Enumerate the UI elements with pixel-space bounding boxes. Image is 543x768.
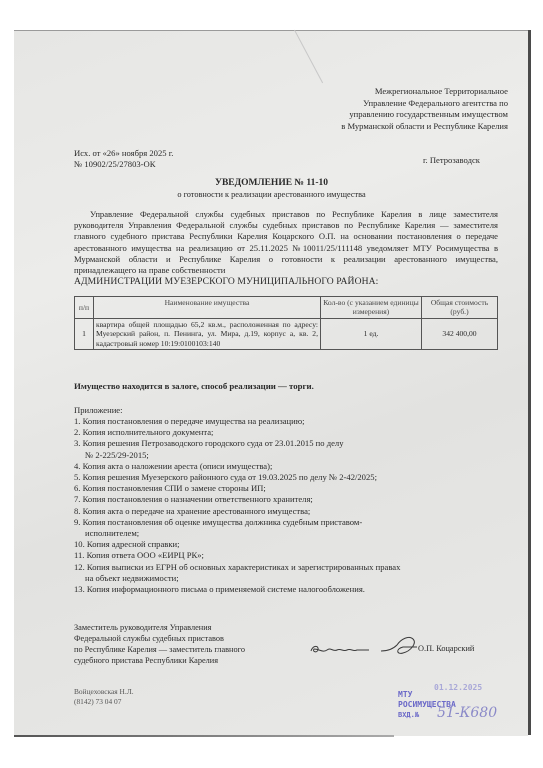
addressee-line: Управление Федерального агентства по (290, 98, 508, 110)
stamp-handwritten-number: 51-К680 (437, 705, 497, 721)
list-item: 12. Копия выписки из ЕГРН об основных ха… (74, 562, 400, 584)
attachment-text: 9. Копия постановления об оценке имущест… (74, 517, 362, 527)
list-item: 9. Копия постановления об оценке имущест… (74, 517, 400, 539)
attachment-continuation: на объект недвижимости; (74, 573, 400, 584)
attachment-text: 6. Копия постановления СПИ о замене стор… (74, 483, 266, 493)
header-cost: Общая стоимость (руб.) (422, 297, 498, 319)
notice-subtitle: о готовности к реализации арестованного … (0, 190, 543, 199)
list-item: 13. Копия информационного письма о приме… (74, 584, 400, 595)
executor-name: Войцеховская Н.Л. (74, 687, 134, 697)
outgoing-reference: Исх. от «26» ноября 2025 г. № 10902/25/2… (74, 148, 173, 170)
list-item: 1. Копия постановления о передаче имущес… (74, 416, 400, 427)
attachment-text: 5. Копия решения Муезерского районного с… (74, 472, 377, 482)
list-item: 10. Копия адресной справки; (74, 539, 400, 550)
position-line: судебного пристава Республики Карелия (74, 655, 245, 666)
table-row: 1 квартира общей площадью 65,2 кв.м., ра… (75, 318, 498, 349)
attachments-list: 1. Копия постановления о передаче имущес… (74, 416, 400, 595)
attachment-continuation: исполнителем; (74, 528, 400, 539)
stamp-line-1: МТУ (398, 690, 412, 699)
attachment-text: 4. Копия акта о наложении ареста (описи … (74, 461, 272, 471)
attachment-text: 1. Копия постановления о передаче имущес… (74, 416, 305, 426)
notice-title: УВЕДОМЛЕНИЕ № 11-10 (0, 178, 543, 188)
list-item: 8. Копия акта о передаче на хранение аре… (74, 506, 400, 517)
addressee-line: в Мурманской области и Республике Карели… (290, 121, 508, 133)
list-item: 2. Копия исполнительного документа; (74, 427, 400, 438)
cell-cost: 342 400,00 (422, 318, 498, 349)
attachment-text: 2. Копия исполнительного документа; (74, 427, 213, 437)
signatory-position: Заместитель руководителя Управления Феде… (74, 622, 245, 666)
property-owner: АДМИНИСТРАЦИИ МУЕЗЕРСКОГО МУНИЦИПАЛЬНОГО… (74, 276, 378, 287)
position-line: Заместитель руководителя Управления (74, 622, 245, 633)
executor-block: Войцеховская Н.Л. (8142) 73 04 07 (74, 687, 134, 707)
property-table: п/п Наименование имущества Кол-во (с ука… (74, 296, 498, 350)
attachment-text: 13. Копия информационного письма о приме… (74, 584, 365, 594)
executor-phone: (8142) 73 04 07 (74, 697, 134, 707)
cell-name: квартира общей площадью 65,2 кв.м., расп… (94, 318, 321, 349)
stamp-line-3: ВХД.№ (398, 711, 419, 719)
handwritten-signature-icon (309, 633, 421, 659)
cell-quantity: 1 ед. (321, 318, 422, 349)
attachment-text: 3. Копия решения Петрозаводского городск… (74, 438, 344, 448)
attachments-title: Приложение: (74, 405, 123, 415)
notice-body: Управление Федеральной службы судебных п… (74, 209, 498, 276)
header-number: п/п (75, 297, 94, 319)
header-name: Наименование имущества (94, 297, 321, 319)
attachment-text: 7. Копия постановления о назначении отве… (74, 494, 313, 504)
addressee-line: Межрегиональное Территориальное (290, 86, 508, 98)
attachment-text: 8. Копия акта о передаче на хранение аре… (74, 506, 310, 516)
attachment-continuation: № 2-225/29-2015; (74, 450, 400, 461)
list-item: 5. Копия решения Муезерского районного с… (74, 472, 400, 483)
table-header-row: п/п Наименование имущества Кол-во (с ука… (75, 297, 498, 319)
signer-name: О.П. Коцарский (418, 644, 474, 653)
list-item: 3. Копия решения Петрозаводского городск… (74, 438, 400, 460)
registration-stamp: 01.12.2025 МТУ РОСИМУЩЕСТВА ВХД.№ 51-К68… (392, 683, 512, 731)
attachment-text: 10. Копия адресной справки; (74, 539, 180, 549)
stamp-date: 01.12.2025 (434, 683, 482, 692)
cell-number: 1 (75, 318, 94, 349)
city: г. Петрозаводск (423, 155, 480, 166)
position-line: Федеральной службы судебных приставов (74, 633, 245, 644)
position-line: по Республике Карелия — заместитель глав… (74, 644, 245, 655)
attachment-text: 12. Копия выписки из ЕГРН об основных ха… (74, 562, 400, 572)
list-item: 7. Копия постановления о назначении отве… (74, 494, 400, 505)
attachment-text: 11. Копия ответа ООО «ЕИРЦ РК»; (74, 550, 204, 560)
addressee-block: Межрегиональное Территориальное Управлен… (290, 86, 508, 132)
page-edge-shadow-bottom (14, 735, 394, 737)
list-item: 6. Копия постановления СПИ о замене стор… (74, 483, 400, 494)
pledge-note: Имущество находится в залоге, способ реа… (74, 381, 314, 391)
list-item: 11. Копия ответа ООО «ЕИРЦ РК»; (74, 550, 400, 561)
addressee-line: управлению государственным имуществом (290, 109, 508, 121)
page-edge-shadow (528, 30, 531, 735)
list-item: 4. Копия акта о наложении ареста (описи … (74, 461, 400, 472)
header-quantity: Кол-во (с указанием единицы измерения) (321, 297, 422, 319)
outgoing-date: Исх. от «26» ноября 2025 г. (74, 148, 173, 159)
outgoing-number: № 10902/25/27803-ОК (74, 159, 173, 170)
